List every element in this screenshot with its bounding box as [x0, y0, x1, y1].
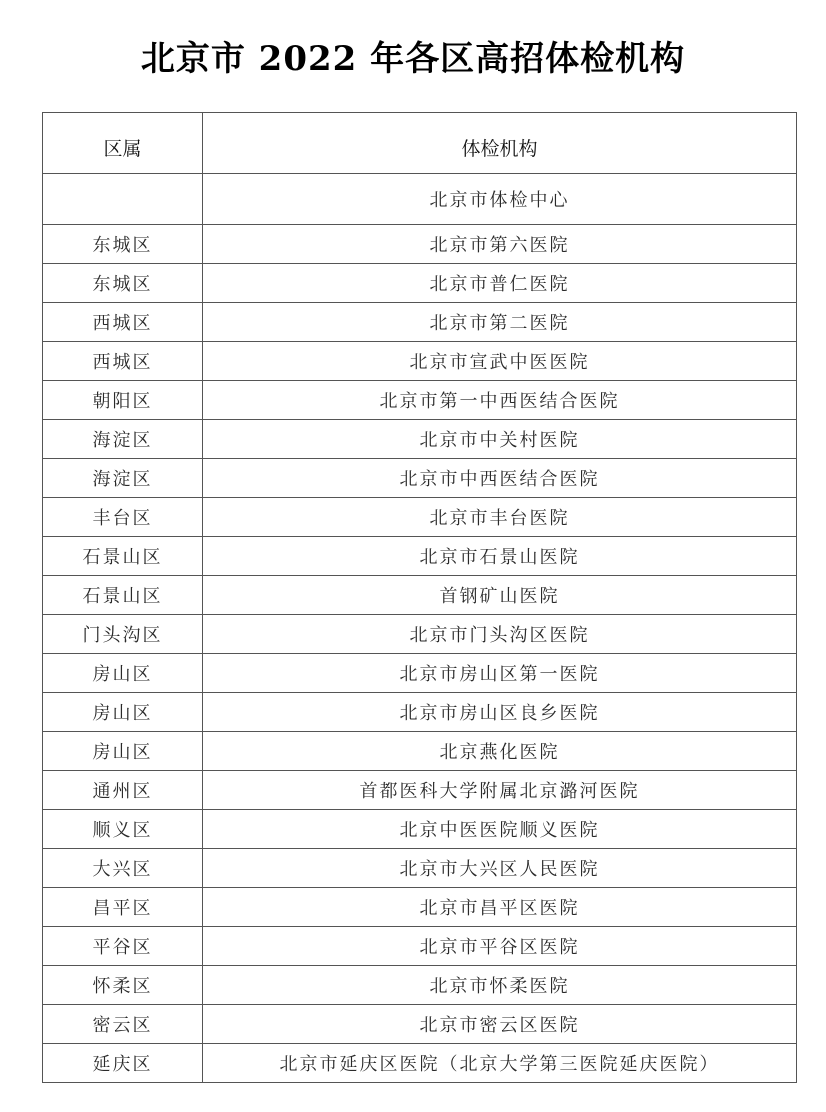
cell-institution: 北京市大兴区人民医院 [203, 849, 797, 888]
cell-institution: 北京市怀柔医院 [203, 966, 797, 1005]
cell-district: 大兴区 [43, 849, 203, 888]
table-row: 门头沟区 北京市门头沟区医院 [43, 615, 797, 654]
table-row: 平谷区 北京市平谷区医院 [43, 927, 797, 966]
cell-district: 昌平区 [43, 888, 203, 927]
table-row: 北京市体检中心 [43, 174, 797, 225]
cell-district: 海淀区 [43, 459, 203, 498]
cell-institution: 首都医科大学附属北京潞河医院 [203, 771, 797, 810]
cell-district: 怀柔区 [43, 966, 203, 1005]
cell-institution: 北京市昌平区医院 [203, 888, 797, 927]
cell-institution: 北京市第一中西医结合医院 [203, 381, 797, 420]
table-row: 石景山区 北京市石景山医院 [43, 537, 797, 576]
table-row: 西城区 北京市宣武中医医院 [43, 342, 797, 381]
table-row: 西城区 北京市第二医院 [43, 303, 797, 342]
table-row: 延庆区 北京市延庆区医院（北京大学第三医院延庆医院） [43, 1044, 797, 1083]
table-row: 昌平区 北京市昌平区医院 [43, 888, 797, 927]
table-header-row: 区属 体检机构 [43, 113, 797, 174]
cell-district: 石景山区 [43, 537, 203, 576]
table-row: 密云区 北京市密云区医院 [43, 1005, 797, 1044]
table-row: 海淀区 北京市中关村医院 [43, 420, 797, 459]
cell-institution: 北京市房山区第一医院 [203, 654, 797, 693]
cell-district: 房山区 [43, 732, 203, 771]
cell-district: 延庆区 [43, 1044, 203, 1083]
table-row: 东城区 北京市第六医院 [43, 225, 797, 264]
cell-district: 东城区 [43, 264, 203, 303]
table-row: 房山区 北京市房山区良乡医院 [43, 693, 797, 732]
cell-institution: 北京燕化医院 [203, 732, 797, 771]
table-row: 房山区 北京燕化医院 [43, 732, 797, 771]
cell-institution: 北京市石景山医院 [203, 537, 797, 576]
cell-district: 通州区 [43, 771, 203, 810]
exam-institutions-table: 区属 体检机构 北京市体检中心 东城区 北京市第六医院 东城区 北京市普仁医院 … [42, 112, 797, 1083]
cell-district: 东城区 [43, 225, 203, 264]
table-row: 大兴区 北京市大兴区人民医院 [43, 849, 797, 888]
table-row: 东城区 北京市普仁医院 [43, 264, 797, 303]
table-row: 怀柔区 北京市怀柔医院 [43, 966, 797, 1005]
table-row: 丰台区 北京市丰台医院 [43, 498, 797, 537]
cell-district: 丰台区 [43, 498, 203, 537]
cell-institution: 北京市第六医院 [203, 225, 797, 264]
cell-district: 门头沟区 [43, 615, 203, 654]
cell-institution: 北京市丰台医院 [203, 498, 797, 537]
cell-district: 密云区 [43, 1005, 203, 1044]
cell-district: 平谷区 [43, 927, 203, 966]
cell-district [43, 174, 203, 225]
cell-district: 房山区 [43, 693, 203, 732]
cell-institution: 北京市延庆区医院（北京大学第三医院延庆医院） [203, 1044, 797, 1083]
table-row: 海淀区 北京市中西医结合医院 [43, 459, 797, 498]
cell-district: 朝阳区 [43, 381, 203, 420]
cell-institution: 北京市中关村医院 [203, 420, 797, 459]
cell-institution: 北京市密云区医院 [203, 1005, 797, 1044]
cell-institution: 首钢矿山医院 [203, 576, 797, 615]
cell-district: 西城区 [43, 342, 203, 381]
header-district: 区属 [43, 113, 203, 174]
table-row: 顺义区 北京中医医院顺义医院 [43, 810, 797, 849]
cell-institution: 北京中医医院顺义医院 [203, 810, 797, 849]
table-row: 房山区 北京市房山区第一医院 [43, 654, 797, 693]
cell-institution: 北京市中西医结合医院 [203, 459, 797, 498]
cell-institution: 北京市平谷区医院 [203, 927, 797, 966]
cell-institution: 北京市体检中心 [203, 174, 797, 225]
cell-institution: 北京市房山区良乡医院 [203, 693, 797, 732]
cell-district: 顺义区 [43, 810, 203, 849]
header-institution: 体检机构 [203, 113, 797, 174]
document-title: 北京市 2022 年各区高招体检机构 [0, 34, 826, 84]
table-row: 石景山区 首钢矿山医院 [43, 576, 797, 615]
cell-district: 西城区 [43, 303, 203, 342]
cell-institution: 北京市门头沟区医院 [203, 615, 797, 654]
cell-institution: 北京市宣武中医医院 [203, 342, 797, 381]
cell-institution: 北京市第二医院 [203, 303, 797, 342]
cell-institution: 北京市普仁医院 [203, 264, 797, 303]
table-row: 通州区 首都医科大学附属北京潞河医院 [43, 771, 797, 810]
table-row: 朝阳区 北京市第一中西医结合医院 [43, 381, 797, 420]
cell-district: 房山区 [43, 654, 203, 693]
cell-district: 石景山区 [43, 576, 203, 615]
cell-district: 海淀区 [43, 420, 203, 459]
